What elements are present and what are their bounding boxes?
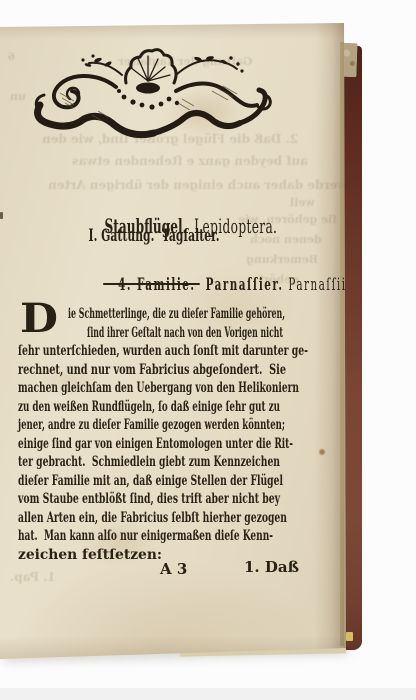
backdrop-bottom-band bbox=[0, 688, 416, 700]
show-through-text: un bbox=[10, 90, 26, 103]
margin-ink-mark bbox=[0, 212, 3, 219]
page-edge-gilt-line bbox=[340, 42, 344, 646]
body-line: machen gleichſam den Uebergang von den H… bbox=[18, 379, 310, 398]
body-line: dieſer Familie mit an, daß einige Stelle… bbox=[18, 472, 310, 491]
show-through-text: auf beyden ganz e ſtehenden etwas bbox=[72, 154, 308, 168]
show-through-text: 1. Pap. bbox=[10, 570, 56, 584]
body-line: ie Schmetterlinge, die zu dieſer Familie… bbox=[18, 305, 310, 324]
genus-heading: I. Gattung. Tagfalter. bbox=[18, 226, 290, 246]
body-line: vom Staube entblößt ſind, dies trift abe… bbox=[18, 490, 310, 509]
body-line: einige ſind gar von einigen Entomologen … bbox=[18, 435, 310, 454]
endband-fragment bbox=[346, 632, 353, 641]
signature-mark: A 3 bbox=[160, 560, 187, 578]
body-line: hat. Man kann alſo nur einigermaßen dieſ… bbox=[18, 527, 310, 546]
body-paragraph: ie Schmetterlinge, die zu dieſer Familie… bbox=[18, 305, 310, 564]
show-through-text: weil bbox=[290, 196, 315, 209]
show-through-text: 6 bbox=[8, 52, 15, 63]
body-line: ſind ihrer Geſtalt nach von den Vorigen … bbox=[18, 324, 310, 343]
catchword: 1. Daß bbox=[244, 558, 299, 576]
body-line: ter gebracht. Schmiedlein giebt zum Kenn… bbox=[18, 453, 310, 472]
book-photo: { "photo": { "backdrop_color": "#fcfcfd"… bbox=[0, 0, 416, 700]
body-line: jener, andre zu dieſer Familie gezogen w… bbox=[18, 416, 310, 435]
rococo-headpiece-ornament-icon bbox=[26, 47, 280, 141]
family-latin: Parnaſſii. bbox=[288, 275, 351, 295]
body-line: allen Arten ein, die Fabricius ſelbſt hi… bbox=[18, 509, 310, 528]
body-line: ſehr unterſchieden, wurden auch ſonſt mi… bbox=[18, 342, 310, 361]
body-line: rechnet, und nur vom Fabricius abgeſonde… bbox=[18, 361, 310, 380]
body-line: zu den weißen Rundflügeln, ſo daß einige… bbox=[18, 398, 310, 417]
